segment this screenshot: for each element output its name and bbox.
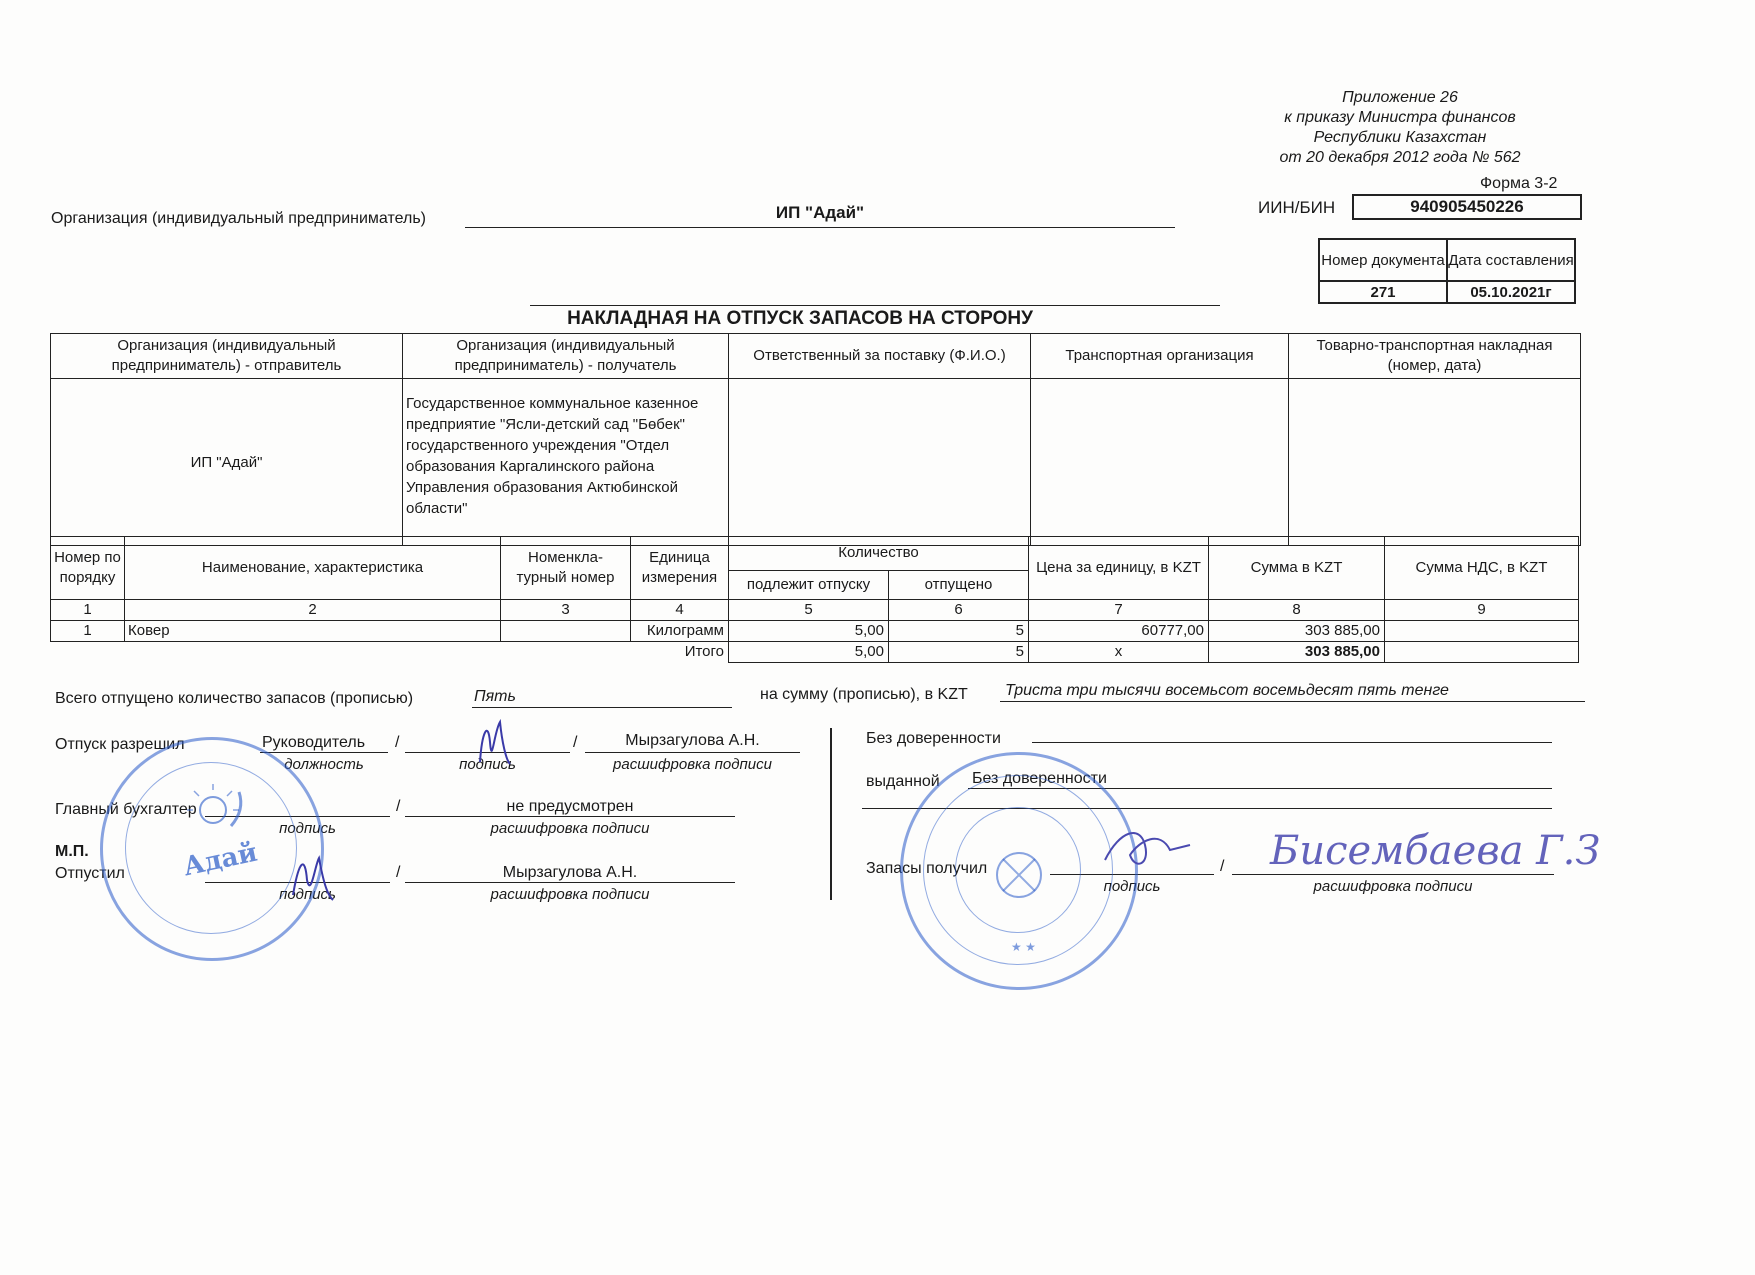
col-name-header: Наименование, характеристика — [125, 537, 501, 600]
received-signature — [1100, 820, 1220, 880]
items-table: Номер по порядку Наименование, характери… — [50, 536, 1579, 663]
total-sum: 303 885,00 — [1209, 642, 1385, 663]
decode-caption: расшифровка подписи — [405, 820, 735, 837]
total-row: Итого 5,00 5 х 303 885,00 — [51, 642, 1579, 663]
parties-table: Организация (индивидуальный предпринимат… — [50, 333, 1581, 546]
power-of-attorney-label: Без доверенности — [866, 730, 1001, 748]
company-stamp: Адай — [100, 737, 324, 961]
col-to-release-header: подлежит отпуску — [729, 570, 889, 599]
sender-header: Организация (индивидуальный предпринимат… — [51, 334, 403, 379]
table-row: 1 Ковер Килограмм 5,00 5 60777,00 303 88… — [51, 621, 1579, 642]
appendix-line: Республики Казахстан — [1250, 128, 1550, 148]
responsible-header: Ответственный за поставку (Ф.И.О.) — [729, 334, 1031, 379]
doc-number: 271 — [1319, 281, 1447, 303]
mp-label: М.П. — [55, 843, 89, 861]
col-number: 2 — [125, 600, 501, 621]
row-released: 5 — [889, 621, 1029, 642]
section-divider — [830, 728, 832, 900]
receiver-value: Государственное коммунальное казенное пр… — [403, 379, 729, 546]
slash: / — [395, 734, 399, 752]
sum-words-underline — [1000, 701, 1585, 702]
transport-org-header: Транспортная организация — [1031, 334, 1289, 379]
row-price: 60777,00 — [1029, 621, 1209, 642]
organization-label: Организация (индивидуальный предпринимат… — [51, 210, 426, 228]
organization-underline — [465, 227, 1175, 228]
total-to-release: 5,00 — [729, 642, 889, 663]
title-overline — [530, 305, 1220, 306]
col-number: 8 — [1209, 600, 1385, 621]
col-vat-header: Сумма НДС, в KZT — [1385, 537, 1579, 600]
row-name: Ковер — [125, 621, 501, 642]
col-price-header: Цена за единицу, в KZT — [1029, 537, 1209, 600]
qty-words-label: Всего отпущено количество запасов (пропи… — [55, 690, 413, 708]
waybill-header: Товарно-транспортная накладная (номер, д… — [1289, 334, 1581, 379]
col-unit-header: Единица измерения — [631, 537, 729, 600]
slash: / — [573, 734, 577, 752]
col-number: 6 — [889, 600, 1029, 621]
released-name-underline — [405, 882, 735, 883]
col-number: 4 — [631, 600, 729, 621]
col-quantity-header: Количество — [729, 537, 1029, 571]
sender-value: ИП "Адай" — [51, 379, 403, 546]
slash: / — [396, 864, 400, 882]
sun-eagle-icon — [173, 780, 253, 835]
sum-words-value: Триста три тысячи восемьсот восемьдесят … — [1005, 682, 1449, 700]
row-sum: 303 885,00 — [1209, 621, 1385, 642]
col-released-header: отпущено — [889, 570, 1029, 599]
decode-caption: расшифровка подписи — [405, 886, 735, 903]
total-price: х — [1029, 642, 1209, 663]
col-number: 7 — [1029, 600, 1209, 621]
issued-label: выданной — [866, 773, 940, 791]
total-label: Итого — [631, 642, 729, 663]
head-name-underline — [585, 752, 800, 753]
appendix-line: Приложение 26 — [1250, 88, 1550, 108]
doc-number-label: Номер документа — [1319, 239, 1447, 281]
receiver-header: Организация (индивидуальный предпринимат… — [403, 334, 729, 379]
row-to-release: 5,00 — [729, 621, 889, 642]
row-num: 1 — [51, 621, 125, 642]
position-underline — [260, 752, 388, 753]
sum-words-label: на сумму (прописью), в KZT — [760, 686, 968, 704]
position-value: Руководитель — [262, 734, 365, 752]
col-nomenclature-header: Номенкла-турный номер — [501, 537, 631, 600]
chief-accountant-name: не предусмотрен — [405, 798, 735, 816]
row-nomenclature — [501, 621, 631, 642]
col-number: 9 — [1385, 600, 1579, 621]
received-handwritten-name: Бисембаева Г.З — [1270, 828, 1600, 874]
responsible-value — [729, 379, 1031, 546]
total-released: 5 — [889, 642, 1029, 663]
slash: / — [396, 798, 400, 816]
decode-caption: расшифровка подписи — [1232, 878, 1554, 895]
head-signature — [470, 712, 530, 772]
form-number: Форма 3-2 — [1480, 175, 1557, 193]
qty-words-value: Пять — [474, 688, 516, 706]
slash: / — [1220, 858, 1224, 876]
power-of-attorney-line — [1032, 742, 1552, 743]
appendix-line: от 20 декабря 2012 года № 562 — [1250, 148, 1550, 168]
head-name: Мырзагулова А.Н. — [585, 732, 800, 750]
document-title: НАКЛАДНАЯ НА ОТПУСК ЗАПАСОВ НА СТОРОНУ — [520, 308, 1080, 330]
organization-value: ИП "Адай" — [465, 203, 1175, 223]
column-numbers-row: 1 2 3 4 5 6 7 8 9 — [51, 600, 1579, 621]
col-number: 3 — [501, 600, 631, 621]
decode-caption: расшифровка подписи — [585, 756, 800, 773]
emblem-icon — [989, 845, 1049, 905]
row-unit: Килограмм — [631, 621, 729, 642]
col-number: 1 — [51, 600, 125, 621]
iin-value: 940905450226 — [1352, 194, 1582, 220]
qty-words-underline — [472, 707, 732, 708]
doc-date: 05.10.2021г — [1447, 281, 1575, 303]
document-info-table: Номер документа Дата составления 271 05.… — [1318, 238, 1576, 304]
appendix-line: к приказу Министра финансов — [1250, 108, 1550, 128]
chief-name-underline — [405, 816, 735, 817]
col-num-header: Номер по порядку — [51, 537, 125, 600]
total-vat — [1385, 642, 1579, 663]
released-signature — [285, 850, 345, 905]
released-by-name: Мырзагулова А.Н. — [405, 864, 735, 882]
waybill-value — [1289, 379, 1581, 546]
iin-label: ИИН/БИН — [1258, 198, 1335, 218]
col-sum-header: Сумма в KZT — [1209, 537, 1385, 600]
appendix-note: Приложение 26 к приказу Министра финансо… — [1250, 88, 1550, 168]
col-number: 5 — [729, 600, 889, 621]
star-icon: ★ ★ — [1011, 940, 1036, 954]
transport-org-value — [1031, 379, 1289, 546]
doc-date-label: Дата составления — [1447, 239, 1575, 281]
row-vat — [1385, 621, 1579, 642]
received-name-underline — [1232, 874, 1554, 875]
